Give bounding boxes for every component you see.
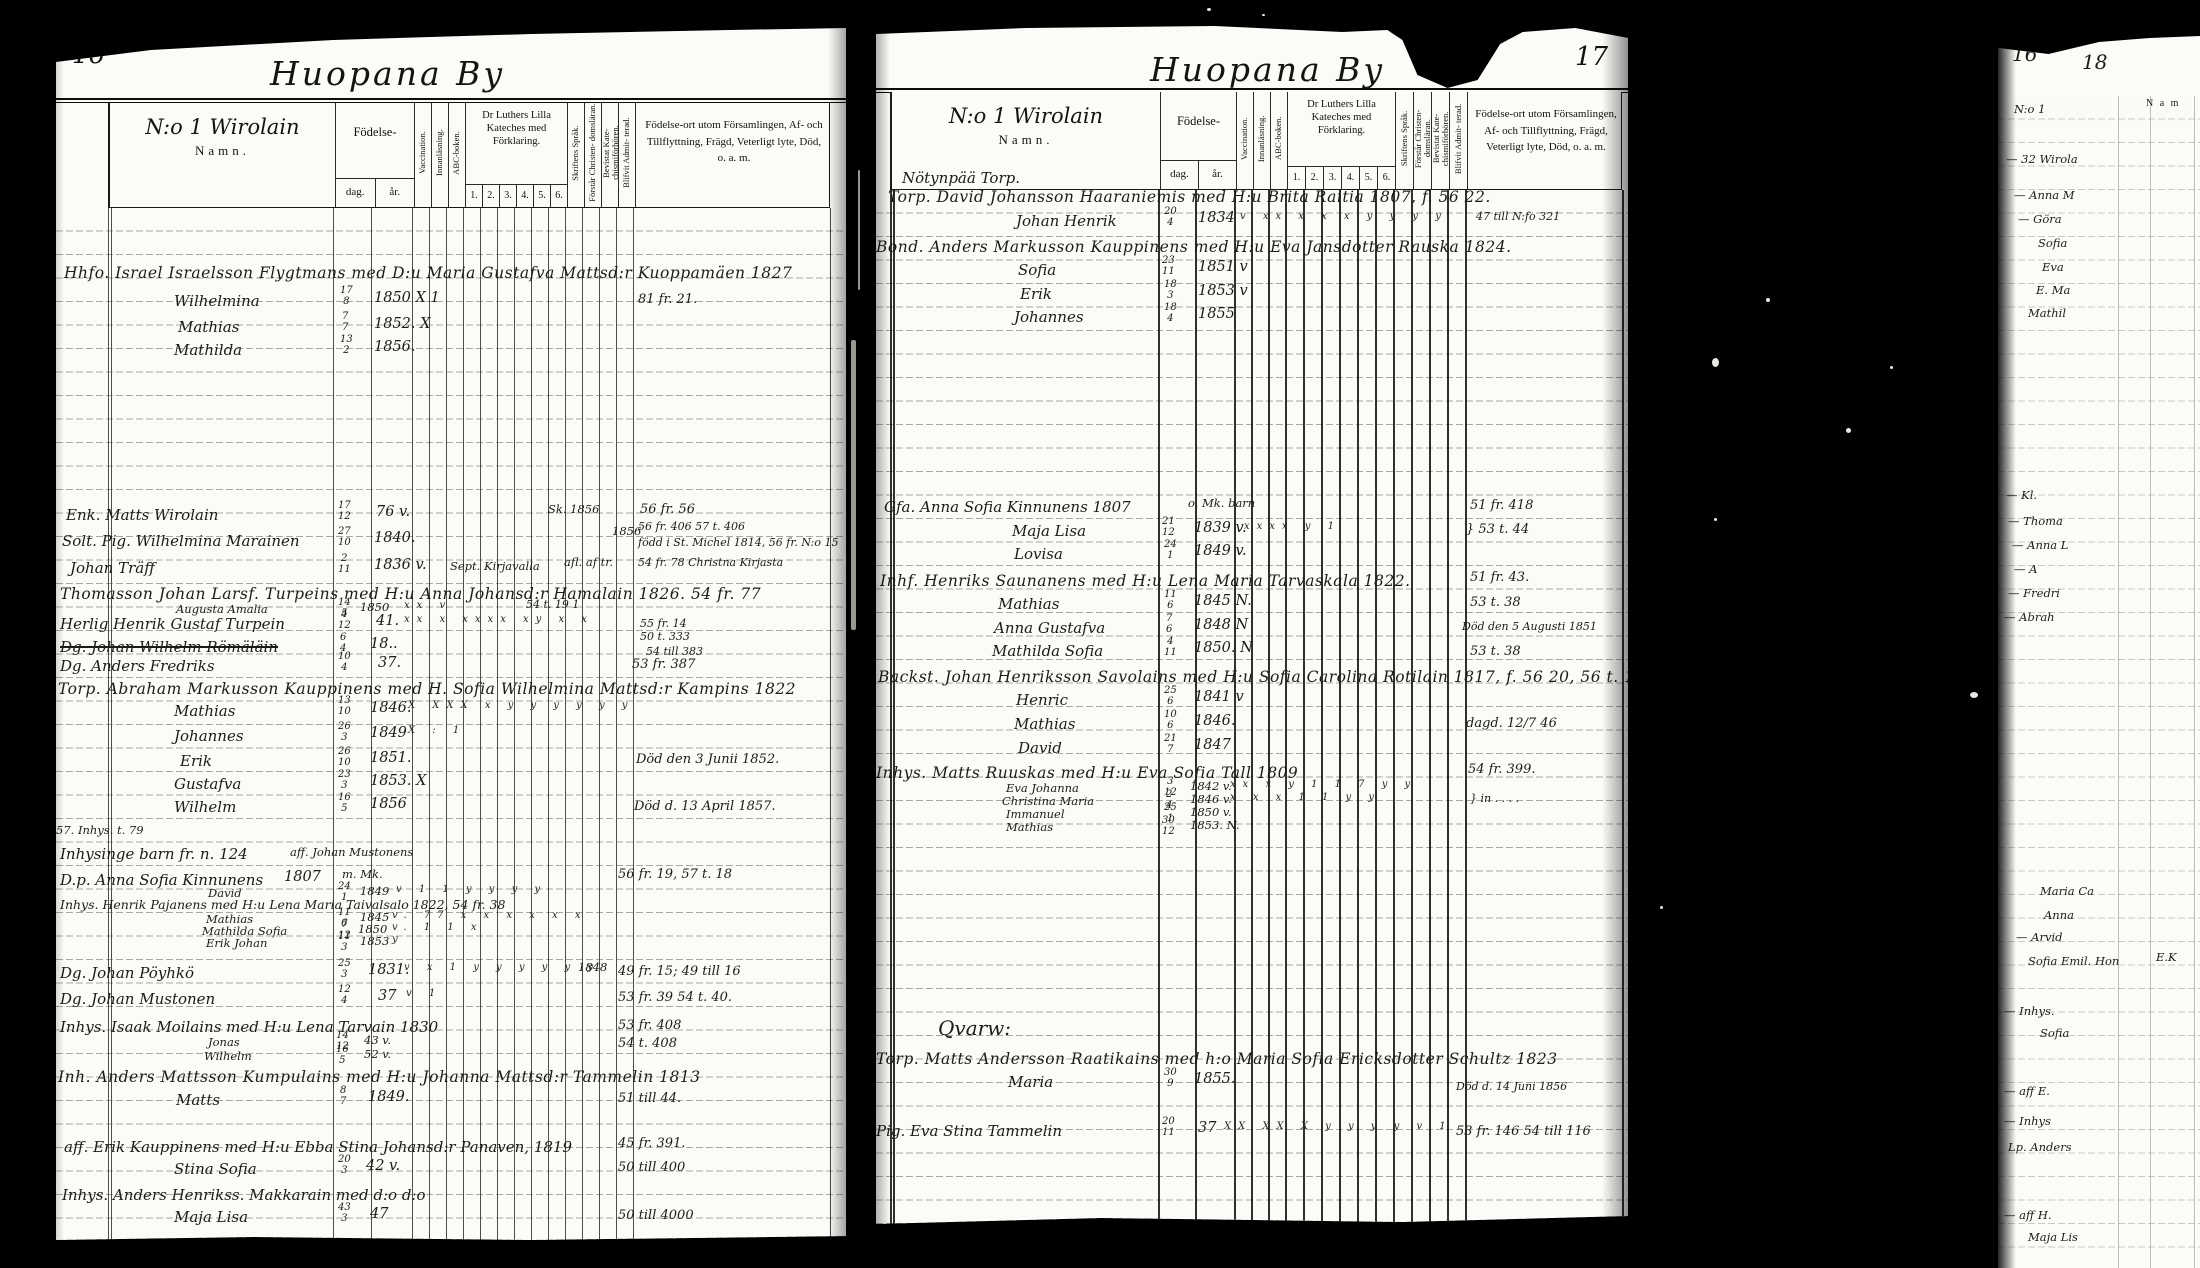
handwritten-entry: 1856 <box>612 524 641 538</box>
handwritten-entry: Backst. Johan Henriksson Savolains med H… <box>878 668 1655 686</box>
handwritten-entry: 50 till 400 <box>618 1160 685 1175</box>
handwritten-entry: 47 <box>370 1206 388 1222</box>
handwritten-entry: Död d. 14 Juni 1856 <box>1456 1080 1567 1093</box>
handwritten-entry: 50 t. 333 <box>640 630 690 643</box>
kateches-numbers: 1.2.3.4.5.6. <box>1288 166 1395 189</box>
handwritten-entry: 411 <box>1164 637 1177 659</box>
district-label: N:o 1 Wirolain <box>892 104 1160 128</box>
handwritten-entry: 1850 <box>360 600 389 614</box>
handwritten-entry: 2011 <box>1162 1117 1175 1139</box>
handwritten-entry: Qvarw: <box>938 1016 1011 1040</box>
handwritten-entry: 53 fr. 39 54 t. 40. <box>618 990 732 1005</box>
name-column-header: N:o 1 Wirolain Namn. <box>110 103 335 207</box>
handwritten-entry: 263 <box>338 722 351 744</box>
handwritten-entry: 55 fr. 14 <box>640 617 687 630</box>
handwritten-entry: Eva Johanna <box>1006 781 1079 795</box>
handwritten-entry: 1849 v. <box>1194 543 1247 559</box>
handwritten-entry: 165 <box>338 793 351 815</box>
handwritten-entry: aff. Erik Kauppinens med H:u Ebba Stina … <box>64 1138 572 1156</box>
column-rule-line <box>1357 190 1359 1232</box>
handwritten-entry: 37 <box>1198 1120 1216 1136</box>
handwritten-entry: Inhf. Henriks Saunanens med H:u Lena Mar… <box>880 572 1411 590</box>
handwritten-entry: 54 fr. 78 Christna Kirjasta <box>638 556 783 569</box>
handwritten-entry: Maria Ca <box>2040 884 2094 898</box>
handwritten-entry: Lovisa <box>1014 545 1063 563</box>
column-rule-line <box>1393 190 1395 1232</box>
handwritten-entry: Maja Lisa <box>1012 522 1086 540</box>
handwritten-entry: — Inhys. <box>2004 1004 2055 1018</box>
scanned-parish-register: { "scan":{"bg_color":"#000000","paper_co… <box>0 0 2200 1268</box>
handwritten-entry: 53 t. 38 <box>1470 595 1521 610</box>
handwritten-entry: 412 <box>338 610 351 632</box>
handwritten-entry: Mathilda <box>174 341 242 359</box>
handwritten-entry: 1712 <box>338 501 351 523</box>
handwritten-entry: Maja Lis <box>2028 1230 2078 1244</box>
dust-speck <box>1846 428 1851 433</box>
column-rule-line <box>893 190 895 1232</box>
notes-column-header: Födelse-ort utom Församlingen, Af- och T… <box>635 103 832 207</box>
handwritten-entry: Torp. Matts Andersson Raatikains med h:o… <box>876 1050 1558 1068</box>
handwritten-entry: 106 <box>1164 710 1177 732</box>
handwritten-entry: Mathilda Sofia <box>992 642 1103 660</box>
handwritten-entry: v x 1 y y y y y y <box>404 962 600 973</box>
handwritten-entry: — Kl. <box>2006 488 2037 502</box>
handwritten-entry: Mathias <box>998 595 1059 613</box>
handwritten-entry: — Abrah <box>2004 610 2055 624</box>
kateches-numbers: 1.2.3.4.5.6. <box>466 184 567 207</box>
handwritten-entry: y <box>392 934 405 945</box>
handwritten-entry: Sept. Kirjavalla <box>450 559 540 573</box>
handwritten-entry: Erik <box>180 752 212 770</box>
forstar-column-header: Förstår Christen- domsläran. <box>1413 92 1431 189</box>
handwritten-entry: 47 till N:fo 321 <box>1476 210 1560 223</box>
handwritten-entry: 1855 <box>1198 306 1235 322</box>
handwritten-entry: N a m <box>2146 98 2180 109</box>
handwritten-entry: m. Mk. <box>342 867 383 881</box>
handwritten-entry: 203 <box>338 1155 351 1177</box>
handwritten-entry: 1846. <box>1194 713 1236 729</box>
handwritten-entry: 1853 <box>360 934 389 948</box>
handwritten-entry: — Fredri <box>2008 586 2060 600</box>
handwritten-entry: David <box>1018 739 1062 757</box>
handwritten-entry: 56 fr. 406 57 t. 406 <box>638 520 745 533</box>
handwritten-entry: E.K <box>2156 950 2177 964</box>
handwritten-entry: 51 till 44. <box>618 1091 681 1106</box>
handwritten-entry: Johan Träff <box>70 559 155 577</box>
handwritten-entry: 165 <box>336 1045 349 1067</box>
column-rule-line <box>1622 190 1624 1232</box>
handwritten-entry: 18 <box>2082 50 2107 74</box>
column-rule-line <box>1251 190 1253 1232</box>
handwritten-entry: o. Mk. barn <box>1188 496 1255 510</box>
column-rule-line <box>2118 96 2119 1268</box>
dust-speck <box>1766 298 1770 302</box>
handwritten-entry: 204 <box>1164 207 1177 229</box>
handwritten-entry: 1851 v <box>1198 259 1248 275</box>
bevistat-column-header: Bevistat Kate- chismiförhören. <box>601 103 618 207</box>
handwritten-entry: 37 <box>378 988 396 1004</box>
handwritten-entry: — aff E. <box>2004 1084 2050 1098</box>
dust-speck <box>1660 906 1663 909</box>
handwritten-entry: Herlig Henrik Gustaf Turpein <box>60 615 285 633</box>
handwritten-entry: 54 fr. 399. <box>1468 762 1535 777</box>
handwritten-entry: 1856. <box>374 339 416 355</box>
handwritten-entry: 1851. <box>370 750 412 766</box>
handwritten-entry: 1807 <box>284 869 321 885</box>
handwritten-entry: Anna <box>2044 908 2074 922</box>
handwritten-entry: 37. <box>378 655 401 671</box>
handwritten-entry: 1853. X <box>370 773 426 789</box>
handwritten-entry: Död d. 13 April 1857. <box>634 799 776 814</box>
column-rule-line <box>1268 190 1270 1232</box>
handwritten-entry: v. 1 1 x <box>392 922 484 933</box>
handwritten-entry: 233 <box>338 770 351 792</box>
handwritten-entry: 87 <box>340 1086 346 1108</box>
handwritten-entry: 211 <box>338 554 351 576</box>
handwritten-entry: 256 <box>1164 686 1177 708</box>
column-rule-line <box>1429 190 1431 1232</box>
handwritten-entry: 124 <box>338 985 351 1007</box>
handwritten-entry: — Göra <box>2018 212 2062 226</box>
village-label: Nötynpää Torp. <box>902 169 1020 187</box>
handwritten-entry: 41. <box>376 613 399 629</box>
handwritten-entry: 81 fr. 21. <box>638 292 697 307</box>
kateches-column-header: Dr Luthers Lilla Kateches med Förklaring… <box>465 103 567 207</box>
handwritten-entry: Wilhelmina <box>174 292 260 310</box>
skriftens-column-header: Skriftens Språk. <box>1395 92 1413 189</box>
handwritten-entry: Mathil <box>2028 306 2066 320</box>
column-rule-line <box>1411 190 1413 1232</box>
fodelse-label: Födelse- <box>336 125 414 140</box>
namn-label: Namn. <box>892 132 1160 148</box>
handwritten-entry: 1842 v. <box>1190 779 1232 793</box>
handwritten-entry: 1848 N <box>1194 617 1248 633</box>
handwritten-entry: Wilhelm <box>204 1049 252 1063</box>
handwritten-entry: 2710 <box>338 527 351 549</box>
column-rule-line <box>2194 96 2195 1268</box>
handwritten-entry: Matts <box>176 1091 220 1109</box>
handwritten-entry: 53 fr. 146 54 till 116 <box>1456 1124 1591 1139</box>
handwritten-entry: Dg. Anders Fredriks <box>60 657 215 675</box>
handwritten-entry: 54 t. 19 1 <box>526 598 579 611</box>
handwritten-entry: } in . . . . <box>1470 792 1519 805</box>
handwritten-entry: 77 <box>342 312 348 334</box>
handwritten-entry: Gustafva <box>174 775 241 793</box>
column-rule-line <box>1465 190 1467 1232</box>
handwritten-entry: — Anna M <box>2014 188 2075 202</box>
table-header: N:o 1 Wirolain Namn. Nötynpää Torp. Föde… <box>890 92 1622 190</box>
handwritten-entry: 1839 v. <box>1194 520 1247 536</box>
handwritten-entry: 1840. <box>374 530 416 546</box>
column-rule-line <box>2150 96 2151 1268</box>
handwritten-entry: 1834 <box>1198 210 1235 226</box>
handwritten-entry: Johannes <box>1014 308 1084 326</box>
handwritten-entry: — A <box>2014 562 2037 576</box>
handwritten-entry: Gfa. Anna Sofia Kinnunens 1807 <box>884 498 1131 516</box>
dust-speck <box>1207 8 1211 11</box>
handwritten-entry: 52 v. <box>364 1047 391 1061</box>
handwritten-entry: 43 v. <box>364 1033 391 1047</box>
handwritten-entry: Sk. 1856 <box>548 502 599 516</box>
handwritten-entry: Eva <box>2042 260 2064 274</box>
handwritten-entry: dagd. 12/7 46 <box>1466 716 1557 731</box>
register-page-right: 17 Huopana By N:o 1 Wirolain Namn. Nötyn… <box>876 20 1628 1232</box>
handwritten-entry: 184 <box>1164 303 1177 325</box>
handwritten-entry: 1845 N. <box>1194 593 1252 609</box>
handwritten-entry: 1855. <box>1194 1071 1236 1087</box>
handwritten-entry: Dg. Johan Wilhelm Römäläin <box>60 638 278 656</box>
column-rule-line <box>1303 190 1305 1232</box>
handwritten-entry: Dg. Johan Mustonen <box>60 990 215 1008</box>
dust-speck <box>1970 692 1978 698</box>
handwritten-entry: Dg. Johan Pöyhkö <box>60 964 194 982</box>
handwritten-entry: Erik Johan <box>206 936 267 950</box>
handwritten-entry: Mathias <box>1006 820 1053 834</box>
handwritten-entry: 42 v. <box>366 1158 400 1174</box>
handwritten-entry: Torp. Abraham Markusson Kauppinens med H… <box>58 680 796 698</box>
handwritten-entry: Augusta Amalia <box>176 602 268 616</box>
fodelse-label: Födelse- <box>1161 114 1236 129</box>
handwritten-entry: 16 <box>2012 42 2037 66</box>
handwritten-entry: — 32 Wirola <box>2006 152 2078 166</box>
column-rule-line <box>830 208 831 1240</box>
kateches-column-header: Dr Luthers Lilla Kateches med Förklaring… <box>1287 92 1395 189</box>
ar-label: år. <box>1198 161 1236 189</box>
handwritten-entry: 1848 <box>578 960 607 974</box>
innanlasning-column-header: Innanläsning. <box>431 103 448 207</box>
handwritten-entry: Lp. Anders <box>2008 1140 2072 1154</box>
handwritten-entry: Torp. David Johansson Haaraniemis med H:… <box>888 188 1491 206</box>
column-rule-line <box>1339 190 1341 1232</box>
handwritten-entry: 53 fr. 387 <box>632 657 695 672</box>
handwritten-entry: 3012 <box>1162 816 1175 838</box>
handwritten-entry: Mathias <box>174 702 235 720</box>
handwritten-entry: 56 fr. 56 <box>640 502 695 517</box>
handwritten-entry: 1849 <box>370 725 407 741</box>
handwritten-entry: Maja Lisa <box>174 1208 248 1226</box>
handwritten-entry: v 1 1 y y y y <box>396 884 547 895</box>
skriftens-column-header: Skriftens Språk. <box>567 103 584 207</box>
handwritten-entry: 1853. N. <box>1190 818 1240 832</box>
handwritten-entry: Immanuel <box>1006 807 1065 821</box>
handwritten-entry: 1850 v. <box>1190 805 1232 819</box>
handwritten-entry: 253 <box>338 959 351 981</box>
blifvit-column-header: Blifvit Admit- terad. <box>618 103 635 207</box>
handwritten-entry: född i St. Michel 1814, 56 fr. N:o 15 <box>638 536 838 549</box>
page-title: Huopana By <box>1150 50 1385 89</box>
birth-column-header: Födelse- dag. år. <box>335 103 414 207</box>
handwritten-entry: 1846. <box>370 700 412 716</box>
page-title: Huopana By <box>270 54 505 93</box>
handwritten-entry: Erik <box>1020 285 1052 303</box>
handwritten-entry: 104 <box>338 652 351 674</box>
handwritten-entry: 2311 <box>1162 256 1175 278</box>
handwritten-entry: Mathias <box>1014 715 1075 733</box>
handwritten-entry: 50 till 4000 <box>618 1208 694 1223</box>
column-rule-line <box>1375 190 1377 1232</box>
birth-column-header: Födelse- dag. år. <box>1160 92 1236 189</box>
handwritten-entry: 1850. N <box>1194 640 1253 656</box>
handwritten-entry: 2610 <box>338 747 351 769</box>
handwritten-entry: — Inhys <box>2004 1114 2051 1128</box>
handwritten-entry: 241 <box>1164 540 1177 562</box>
column-rule-line <box>890 190 892 1232</box>
notes-column-header: Födelse-ort utom Församlingen, Af- och T… <box>1467 92 1624 189</box>
handwritten-entry: 1852. X <box>374 316 430 332</box>
handwritten-entry: Sofia Emil. Hon <box>2028 954 2119 968</box>
handwritten-entry: 1849 <box>360 884 389 898</box>
handwritten-entry: Henric <box>1016 691 1068 709</box>
handwritten-entry: — Arvid <box>2016 930 2063 944</box>
handwritten-entry: 178 <box>340 286 353 308</box>
column-rule-line <box>1158 190 1160 1232</box>
forstar-column-header: Förstår Christen- domsläran. <box>584 103 601 207</box>
handwritten-entry: Bond. Anders Markusson Kauppinens med H:… <box>876 238 1512 256</box>
dust-speck <box>1712 358 1719 367</box>
handwritten-entry: 53 fr. 408 <box>618 1018 681 1033</box>
handwritten-entry: 309 <box>1164 1068 1177 1090</box>
handwritten-entry: Pig. Eva Stina Tammelin <box>876 1122 1062 1140</box>
dust-speck <box>1890 366 1893 369</box>
handwritten-entry: XX XX X y y y y v 1 <box>1224 1121 1453 1132</box>
handwritten-entry: 1856 <box>370 796 407 812</box>
handwritten-entry: 183 <box>1164 280 1177 302</box>
handwritten-entry: 1841 v <box>1194 689 1244 705</box>
handwritten-entry: — Anna L <box>2012 538 2068 552</box>
handwritten-entry: 51 fr. 43. <box>1470 570 1529 585</box>
handwritten-entry: Enk. Matts Wirolain <box>66 506 218 524</box>
column-rule-line <box>1285 190 1287 1232</box>
register-page-partial: 1618N:o 1N a m— 32 Wirola— Anna M— GöraS… <box>1998 36 2200 1268</box>
handwritten-entry: N:o 1 <box>2014 102 2045 116</box>
handwritten-entry: Jonas <box>208 1035 240 1049</box>
handwritten-entry: 1853 v <box>1198 283 1248 299</box>
handwritten-entry: 53 t. 38 <box>1470 644 1521 659</box>
torn-paper-edge <box>858 170 860 290</box>
handwritten-entry: X : 1 <box>408 725 466 736</box>
innanlasning-column-header: Innanläsning. <box>1253 92 1270 189</box>
handwritten-entry: Solt. Pig. Wilhelmina Marainen <box>62 532 300 550</box>
handwritten-entry: 217 <box>1164 734 1177 756</box>
handwritten-entry: xx v <box>404 600 452 611</box>
abc-column-header: ABC-boken. <box>448 103 465 207</box>
handwritten-entry: xx x y 1 1 7 y y <box>1230 779 1417 790</box>
handwritten-entry: Christina Maria <box>1002 794 1094 808</box>
column-rule-line <box>1447 190 1449 1232</box>
handwritten-entry: — Thoma <box>2008 514 2063 528</box>
page-number: 16 <box>72 40 105 70</box>
handwritten-entry: 45 fr. 391. <box>618 1136 685 1151</box>
handwritten-entry: } 53 t. 44 <box>1466 522 1529 537</box>
handwritten-entry: Maria <box>1008 1073 1053 1091</box>
dag-label: dag. <box>1161 161 1198 189</box>
handwritten-entry: xxxx y 1 <box>1244 521 1341 532</box>
handwritten-entry: 132 <box>340 335 353 357</box>
bevistat-column-header: Bevistat Kate- chismiförhören. <box>1431 92 1449 189</box>
column-rule-line <box>1321 190 1323 1232</box>
handwritten-entry: v 1 <box>406 988 442 999</box>
handwritten-entry: 56 fr. 19, 57 t. 18 <box>618 867 732 882</box>
handwritten-entry: Inh. Anders Mattsson Kumpulains med H:u … <box>58 1068 701 1086</box>
handwritten-entry: Sofia <box>2040 1026 2069 1040</box>
handwritten-entry: 57. Inhys. t. 79 <box>56 823 144 837</box>
handwritten-entry: Stina Sofia <box>174 1160 257 1178</box>
abc-column-header: ABC-boken. <box>1270 92 1287 189</box>
handwritten-entry: Död den 3 Junii 1852. <box>636 752 779 767</box>
dust-speck <box>1262 14 1265 16</box>
handwritten-entry: 1847 <box>1194 737 1231 753</box>
handwritten-entry: 113 <box>338 932 351 954</box>
handwritten-entry: 49 fr. 15; 49 till 16 <box>618 964 741 979</box>
dust-speck <box>1714 518 1717 521</box>
handwritten-entry: 51 fr. 418 <box>1470 498 1533 513</box>
handwritten-entry: 433 <box>338 1203 351 1225</box>
handwritten-entry: 1310 <box>338 696 351 718</box>
handwritten-entry: v xx x x x y y y y <box>1240 211 1448 222</box>
handwritten-entry: Wilhelm <box>174 798 236 816</box>
handwritten-entry: Sofia <box>2038 236 2067 250</box>
handwritten-entry: v. 77 x x x x x x <box>392 910 587 921</box>
handwritten-entry: x x x 1 1 y y <box>1230 792 1381 803</box>
handwritten-entry: 54 t. 408 <box>618 1036 677 1051</box>
handwritten-entry: 2112 <box>1162 517 1175 539</box>
name-column-header: N:o 1 Wirolain Namn. Nötynpää Torp. <box>892 92 1160 189</box>
handwritten-entry: 76 v. <box>376 504 410 520</box>
register-page-left: 16 Huopana By N:o 1 Wirolain Namn. Födel… <box>56 28 848 1240</box>
ruled-body <box>876 190 1628 1232</box>
handwritten-entry: 76 <box>1166 614 1172 636</box>
vaccination-column-header: Vaccination. <box>1236 92 1253 189</box>
handwritten-entry: 1850 X 1 <box>374 290 440 306</box>
handwritten-entry: 116 <box>1164 590 1177 612</box>
handwritten-entry: Hhfo. Israel Israelsson Flygtmans med D:… <box>64 264 792 282</box>
handwritten-entry: 18.. <box>370 636 398 652</box>
dag-label: dag. <box>336 179 375 207</box>
ar-label: år. <box>375 179 415 207</box>
handwritten-entry: Sofia <box>1018 261 1056 279</box>
handwritten-entry: Johan Henrik <box>1016 212 1117 230</box>
handwritten-entry: — aff H. <box>2004 1208 2052 1222</box>
handwritten-entry: aff. Johan Mustonens <box>290 845 413 859</box>
handwritten-entry: 1849. <box>368 1089 410 1105</box>
table-header: N:o 1 Wirolain Namn. Födelse- dag. år. V… <box>108 103 830 208</box>
torn-paper-edge <box>851 340 856 630</box>
handwritten-entry: Död den 5 Augusti 1851 <box>1462 620 1597 633</box>
handwritten-entry: X XXX x y y y y y y <box>408 700 634 711</box>
namn-label: Namn. <box>110 143 335 159</box>
handwritten-entry: E. Ma <box>2036 283 2070 297</box>
district-label: N:o 1 Wirolain <box>110 115 335 139</box>
handwritten-entry: Inhysinge barn fr. n. 124 <box>60 845 248 863</box>
handwritten-entry: Anna Gustafva <box>994 619 1105 637</box>
handwritten-entry: afl. af tr. <box>564 555 613 569</box>
handwritten-entry: Inhys. Anders Henrikss. Makkarain med d:… <box>62 1186 426 1204</box>
handwritten-entry: 1836 v. <box>374 557 427 573</box>
page-number: 17 <box>1575 42 1608 72</box>
vaccination-column-header: Vaccination. <box>414 103 431 207</box>
handwritten-entry: Johannes <box>174 727 244 745</box>
handwritten-entry: xx x xxxx xy x x <box>404 614 594 625</box>
handwritten-entry: Mathias <box>178 318 239 336</box>
blifvit-column-header: Blifvit Admit- terad. <box>1449 92 1467 189</box>
book-spine <box>846 0 876 1268</box>
handwritten-entry: 1846 v. <box>1190 792 1232 806</box>
